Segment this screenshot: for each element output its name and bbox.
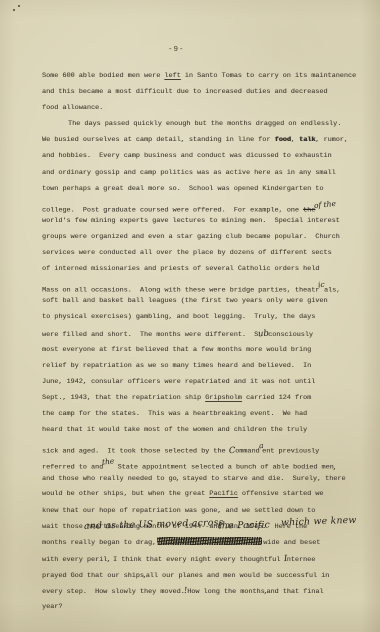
overstruck-text: food [275,136,291,144]
typed-line: groups were organized and even a star ga… [42,229,376,245]
typed-line: soft ball and basket ball leagues (the f… [42,293,376,309]
typed-text: I think that every night every thoughtfu… [109,556,284,564]
underlined-text: left [164,72,180,80]
typed-line: the camp for the states. This was a hear… [42,406,376,422]
typed-line: town perhaps a great deal more so. Schoo… [42,181,376,197]
typed-text: and ordinary gossip and camp politics wa… [42,169,336,177]
handwritten-text: , [176,470,180,486]
typed-text: soft ball and basket ball leagues (the f… [42,297,328,305]
typed-text: of interned missionaries and priests of … [42,265,319,273]
typed-text: , [291,136,299,144]
handwritten-text: , [264,583,268,599]
typed-line: to physical exercises) gambling, and boo… [42,309,376,325]
handwritten-text: C [229,442,237,459]
typed-text: most everyone at first believed that a f… [42,346,311,354]
underlined-text: Pacific [209,490,238,498]
underlined-text: Gripsholm [205,394,242,402]
typed-text: and that final [266,588,323,596]
typed-text: to physical exercises) gambling, and boo… [42,313,315,321]
typed-text: June, 1942, consular officers were repat… [42,378,315,386]
typed-text: , rumor, [315,136,348,144]
typed-line: referred to andthe State appointment sel… [42,454,376,470]
typed-text: stayed to starve and die. Surely, there [178,475,345,483]
typed-text: every step. How slowly they moved. [42,588,185,596]
handwritten-interline-2: the Pacific [218,520,270,532]
handwritten-text: ub [257,325,269,342]
typed-line: year? [42,599,376,615]
typed-text: prayed God that our ships [42,572,144,580]
typed-text: were filled and short. The months were d… [42,331,258,339]
typed-line: most everyone at first believed that a f… [42,342,376,358]
handwritten-insertion: a [258,438,264,454]
typed-text: the camp for the states. This was a hear… [42,410,307,418]
typed-text: all our planes and men would be successf… [146,572,330,580]
typed-line: food allowance. [42,100,376,116]
overstruck-text: talk [299,136,315,144]
typed-text: offensive started we [238,490,324,498]
typed-text-block: Some 600 able bodied men were left in Sa… [42,68,376,615]
typed-line: services were conducted all over the pla… [42,245,376,261]
typed-line: months really began to drag,wide and bes… [42,535,376,551]
handwritten-insertion: ic [318,277,326,294]
typed-line: college. Post graduate coursed were offe… [42,197,376,213]
typed-text: We busied ourselves at camp detail, stan… [42,136,275,144]
typed-text: How long the months [187,588,265,596]
typed-text: Some 600 able bodied men were [42,72,164,80]
typed-text: and this became a most difficult due to … [42,88,328,96]
ink-scribble [157,537,262,545]
typed-line: Some 600 able bodied men were left in Sa… [42,68,376,84]
handwritten-text: I [283,551,287,567]
typed-text: with every peril [42,556,107,564]
typed-line: of interned missionaries and priests of … [42,261,376,277]
page-number: -9- [168,46,185,54]
typed-text: carried 124 from [242,394,311,402]
typed-text: world's few mining experts gave lectures… [42,217,340,225]
typed-line: Sept., 1943, that the repatriation ship … [42,390,376,406]
typed-line: relief by repatriation as we so many tim… [42,358,376,374]
typed-text: town perhaps a great deal more so. Schoo… [42,185,323,193]
typed-text: Sept., 1943, that the repatriation ship [42,394,205,402]
typed-line: world's few mining experts gave lectures… [42,213,376,229]
typed-text: knew that our hope of repatriation was g… [42,507,315,515]
typed-line: and this became a most difficult due to … [42,84,376,100]
typed-line: every step. How slowly they moved.!How l… [42,583,376,599]
typed-line: and hobbies. Every camp business and con… [42,148,376,164]
typed-text: year? [42,603,62,611]
typed-line: prayed God that our ships,all our planes… [42,567,376,583]
typed-line: We busied ourselves at camp detail, stan… [42,132,376,148]
scanned-page: -9- Some 600 able bodied men were left i… [0,0,380,632]
typed-text: wide and beset [263,539,320,547]
typed-line: and those who really needed to go, staye… [42,470,376,486]
typed-line: The days passed quickly enough but the m… [42,116,376,132]
paper-speck [13,9,15,11]
handwritten-text: , [333,459,337,475]
typed-line: with every peril, I think that every nig… [42,551,376,567]
typed-text: in Santo Tomas to carry on its maintanen… [181,72,356,80]
typed-line: would be other ships, but when the great… [42,486,376,502]
typed-text: services were conducted all over the pla… [42,249,332,257]
typed-text: and hobbies. Every camp business and con… [42,152,332,160]
typed-text: months really began to drag, [42,539,156,547]
typed-line: sick and aged. It took those selected by… [42,438,376,454]
typed-text: nternee [287,556,316,564]
typed-line: Mass on all occasions. Along with these … [42,277,376,293]
typed-text: relief by repatriation as we so many tim… [42,362,311,370]
typed-text: and those who really needed to go [42,475,177,483]
paper-speck [18,5,20,7]
typed-text: groups were organized and even a star ga… [42,233,340,241]
typed-line: heard that it would take most of the wom… [42,422,376,438]
typed-line: and ordinary gossip and camp politics wa… [42,165,376,181]
handwritten-insertion: of the [314,196,338,214]
handwritten-insertion: the [101,454,115,471]
handwritten-text: , [106,551,110,567]
typed-line: June, 1942, consular officers were repat… [42,374,376,390]
typed-text: The days passed quickly enough but the m… [68,120,341,128]
typed-text: consciously [268,331,313,339]
typed-line: were filled and short. The months were d… [42,326,376,342]
typed-text: heard that it would take most of the wom… [42,426,307,434]
typed-text: food allowance. [42,104,103,112]
typed-text: would be other ships, but when the great [42,490,209,498]
